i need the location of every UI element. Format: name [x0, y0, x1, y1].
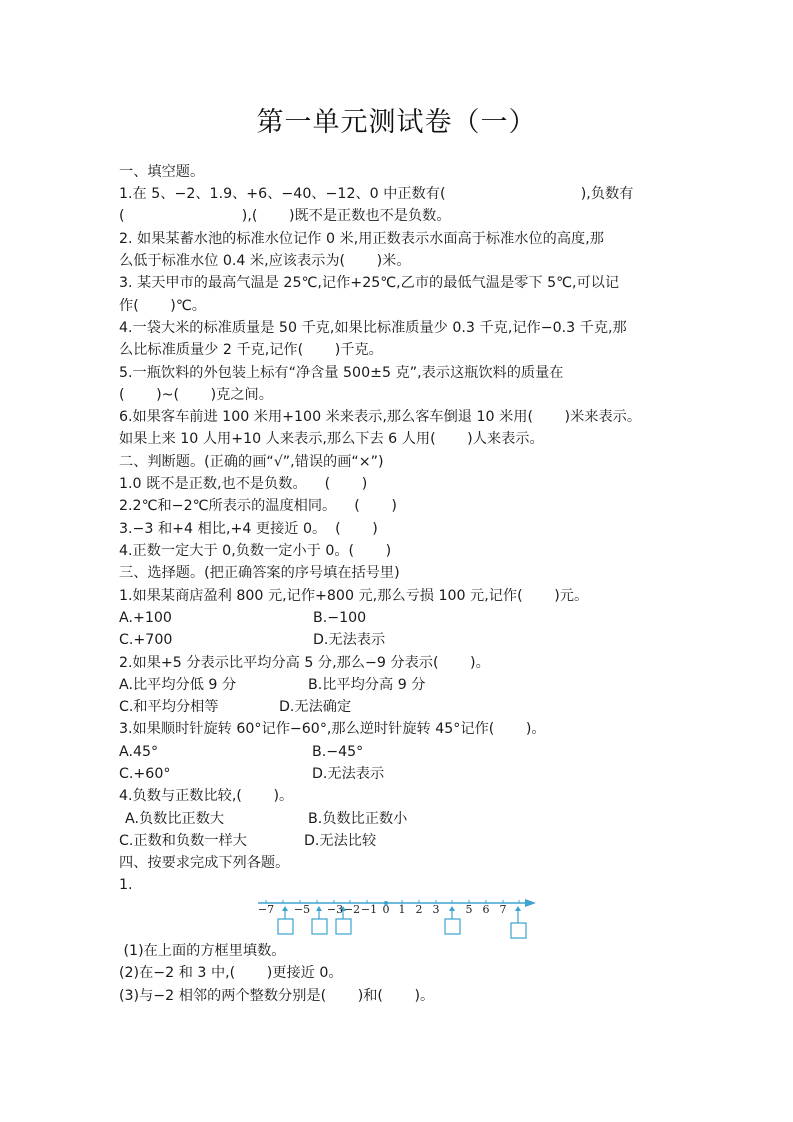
number-line-label: −5 — [294, 903, 310, 916]
choice-question-stem: 4.负数与正数比较,( )。 — [119, 787, 293, 805]
number-line-graphic — [255, 893, 540, 941]
choice-option: D.无法表示 — [312, 765, 384, 783]
choice-question-stem: 3.如果顺时针旋转 60°记作−60°,那么逆时针旋转 45°记作( )。 — [119, 720, 546, 738]
choice-option: D.无法确定 — [279, 698, 351, 716]
question-line: 2. 如果某蓄水池的标准水位记作 0 米,用正数表示水面高于标准水位的高度,那 — [119, 230, 604, 248]
choice-option: C.+700 — [119, 631, 172, 649]
question-line: 1.在 5、−2、1.9、+6、−40、−12、0 中正数有( ),负数有 — [119, 185, 679, 203]
section-heading-true-false: 二、判断题。(正确的画“√”,错误的画“×”) — [119, 453, 384, 471]
judgement-item: 1.0 既不是正数,也不是负数。 ( ) — [119, 475, 367, 493]
page-title: 第一单元测试卷（一） — [0, 100, 793, 139]
choice-option: B.负数比正数小 — [308, 810, 407, 828]
section-heading-tasks: 四、按要求完成下列各题。 — [119, 854, 289, 872]
sub-question: (1)在上面的方框里填数。 — [119, 942, 285, 960]
number-line-label: 3 — [433, 903, 440, 916]
number-line-label: 0 — [383, 903, 390, 916]
number-line-label: 2 — [416, 903, 423, 916]
judgement-item: 2.2℃和−2℃所表示的温度相同。 ( ) — [119, 497, 397, 515]
number-line-label: −7 — [258, 903, 274, 916]
choice-question-stem: 2.如果+5 分表示比平均分高 5 分,那么−9 分表示( )。 — [119, 654, 490, 672]
sub-question: (3)与−2 相邻的两个整数分别是( )和( )。 — [119, 987, 434, 1005]
choice-option: C.和平均分相等 — [119, 698, 219, 716]
number-line: −7 −5 −3 −2 −1 0 1 2 3 5 6 7 — [255, 893, 540, 941]
choice-option: A.45° — [119, 743, 158, 761]
judgement-item: 3.−3 和+4 相比,+4 更接近 0。 ( ) — [119, 520, 378, 538]
sub-question: (2)在−2 和 3 中,( )更接近 0。 — [119, 964, 343, 982]
choice-option: C.正数和负数一样大 — [119, 832, 247, 850]
question-line: ( )~( )克之间。 — [119, 386, 273, 404]
question-line: 作( )℃。 — [119, 297, 206, 315]
question-line: 5.一瓶饮料的外包装上标有“净含量 500±5 克”,表示这瓶饮料的质量在 — [119, 364, 563, 382]
choice-option: D.无法比较 — [304, 832, 376, 850]
choice-option: C.+60° — [119, 765, 170, 783]
choice-option: A.+100 — [119, 609, 172, 627]
question-line: 么比标准质量少 2 千克,记作( )千克。 — [119, 341, 383, 359]
question-line: 3. 某天甲市的最高气温是 25℃,记作+25℃,乙市的最低气温是零下 5℃,可… — [119, 274, 619, 292]
question-line: 4.一袋大米的标准质量是 50 千克,如果比标准质量少 0.3 千克,记作−0.… — [119, 319, 627, 337]
choice-option: B.比平均分高 9 分 — [308, 676, 425, 694]
section-heading-fill-blank: 一、填空题。 — [119, 163, 204, 181]
choice-option: B.−45° — [312, 743, 363, 761]
choice-option: A.比平均分低 9 分 — [119, 676, 236, 694]
number-line-label: 6 — [483, 903, 490, 916]
number-line-label: −2 — [344, 903, 360, 916]
choice-option: A.负数比正数大 — [125, 810, 224, 828]
number-line-label: −3 — [327, 903, 343, 916]
question-line: 6.如果客车前进 100 米用+100 米来表示,那么客车倒退 10 米用( )… — [119, 408, 641, 426]
choice-option: B.−100 — [313, 609, 366, 627]
question-line: 如果上来 10 人用+10 人来表示,那么下去 6 人用( )人来表示。 — [119, 430, 544, 448]
number-line-label: 5 — [466, 903, 473, 916]
question-line: ( ),( )既不是正数也不是负数。 — [119, 207, 451, 225]
choice-question-stem: 1.如果某商店盈利 800 元,记作+800 元,那么亏损 100 元,记作( … — [119, 587, 588, 605]
number-line-label: 1 — [399, 903, 406, 916]
task-number: 1. — [119, 876, 133, 894]
question-line: 么低于标准水位 0.4 米,应该表示为( )米。 — [119, 252, 411, 270]
number-line-label: 7 — [500, 903, 507, 916]
choice-option: D.无法表示 — [313, 631, 385, 649]
number-line-label: −1 — [361, 903, 377, 916]
judgement-item: 4.正数一定大于 0,负数一定小于 0。( ) — [119, 542, 391, 560]
section-heading-multiple-choice: 三、选择题。(把正确答案的序号填在括号里) — [119, 564, 400, 582]
